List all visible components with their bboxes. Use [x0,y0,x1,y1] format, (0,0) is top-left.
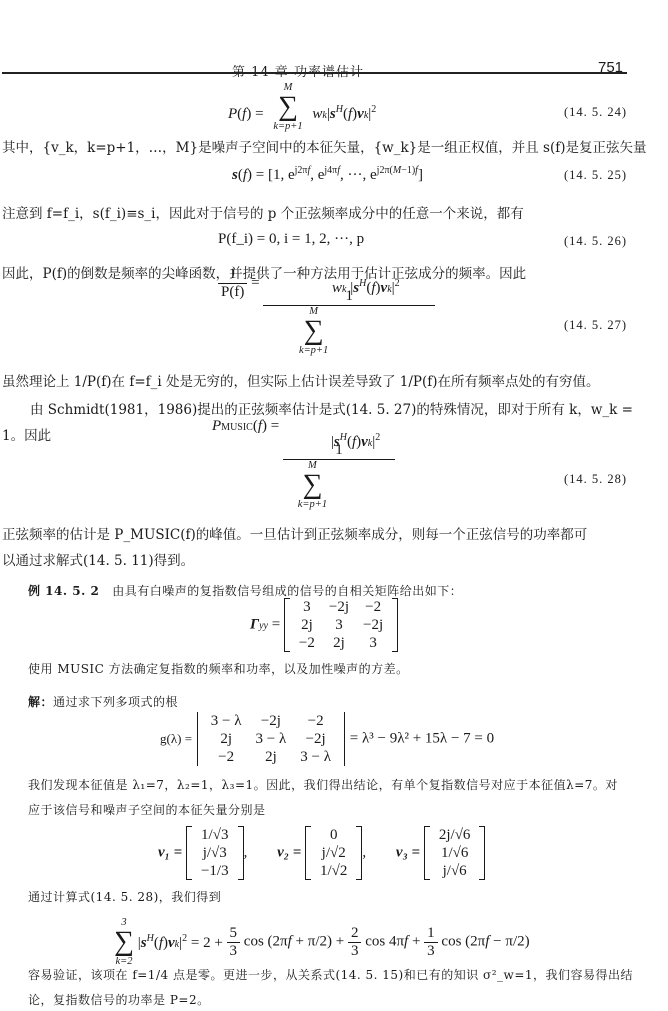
equation-number: (14. 5. 28) [564,472,627,487]
example-heading: 例 14. 5. 2 由具有白噪声的复指数信号组成的信号的自相关矩阵给出如下： [28,582,462,599]
calc-intro: 通过计算式(14. 5. 28)，我们得到 [28,888,221,905]
paragraph-text: 1。因此 [2,424,51,444]
equation-14-5-27: 1 P(f) = 1 M ∑ k=p+1 wk |sH(f)vk|2 [218,288,435,356]
eigenvector-v1: v₁ = 1/√3 j/√3 −1/3 , [158,826,247,880]
solution-intro: 解：通过求下列多项式的根 [28,693,178,710]
equation-14-5-25: s(f) = [1, ej2πf, ej4πf, ···, ej2π(M−1)f… [232,165,423,184]
running-header-chapter-title: 第 14 章 功率谱估计 [232,61,364,80]
equation-number: (14. 5. 24) [564,105,627,120]
paragraph-text: 注意到 f=f_i，s(f_i)≡s_i，因此对于信号的 p 个正弦频率成分中的… [2,202,524,222]
eigenvalue-text: 应于该信号和噪声子空间的本征矢量分别是 [28,801,266,818]
equation-14-5-26: P(f_i) = 0, i = 1, 2, ···, p [218,231,364,248]
determinant-matrix: 3 − λ−2j−2 2j3 − λ−2j −22j3 − λ [196,712,346,766]
eigenvector-v2: v₂ = 0 j/√2 1/√2 , [277,826,366,880]
paragraph-text: 因此，P(f)的倒数是频率的尖峰函数，并提供了一种方法用于估计正弦成分的频率。因… [2,262,526,282]
header-rule [2,72,627,74]
equation-number: (14. 5. 26) [564,234,627,249]
equation-14-5-28: PMUSIC(f) = 1 M ∑ k=p+1 |sH(f)vk|2 [212,442,395,510]
sum-result-equation: 3 ∑ k=2 |sH(f)vk|2 = 2 + 53 cos (2πf + π… [114,917,530,967]
conclusion-text: 容易验证，该项在 f=1/4 点是零。更进一步，从关系式(14. 5. 15)和… [28,966,633,983]
equation-14-5-24: P(f) = M ∑ k=p+1 wk|sH(f)vk|2 [228,82,376,132]
eigenvalue-text: 我们发现本征值是 λ₁=7，λ₂=1，λ₃=1。因此，我们得出结论，有单个复指数… [28,776,618,793]
paragraph-text: 以通过求解式(14. 5. 11)得到。 [2,549,194,569]
conclusion-text: 论，复指数信号的功率是 P=2。 [28,991,210,1008]
paragraph-text: 其中，{v_k，k=p+1，…，M}是噪声子空间中的本征矢量，{w_k}是一组正… [2,136,647,156]
paragraph-text: 正弦频率的估计是 P_MUSIC(f)的峰值。一旦估计到正弦频率成分，则每一个正… [2,523,587,543]
paragraph-text: 由 Schmidt(1981，1986)提出的正弦频率估计是式(14. 5. 2… [30,398,633,418]
eigenvectors: v₁ = 1/√3 j/√3 −1/3 , v₂ = 0 j/√2 1/√2 ,… [158,826,485,880]
equation-number: (14. 5. 27) [564,318,627,333]
paragraph-text: 虽然理论上 1/P(f)在 f=f_i 处是无穷的，但实际上估计误差导致了 1/… [2,370,600,390]
matrix-gamma-yy: 3−2j−2 2j3−2j −22j3 [284,598,398,652]
example-task: 使用 MUSIC 方法确定复指数的频率和功率，以及加性噪声的方差。 [28,660,409,677]
eigenvector-v3: v₃ = 2j/√6 1/√6 j/√6 [396,826,486,880]
autocorrelation-matrix: Γyy = 3−2j−2 2j3−2j −22j3 [250,598,398,652]
characteristic-determinant: g(λ) = 3 − λ−2j−2 2j3 − λ−2j −22j3 − λ =… [160,712,494,766]
equation-number: (14. 5. 25) [564,168,627,183]
